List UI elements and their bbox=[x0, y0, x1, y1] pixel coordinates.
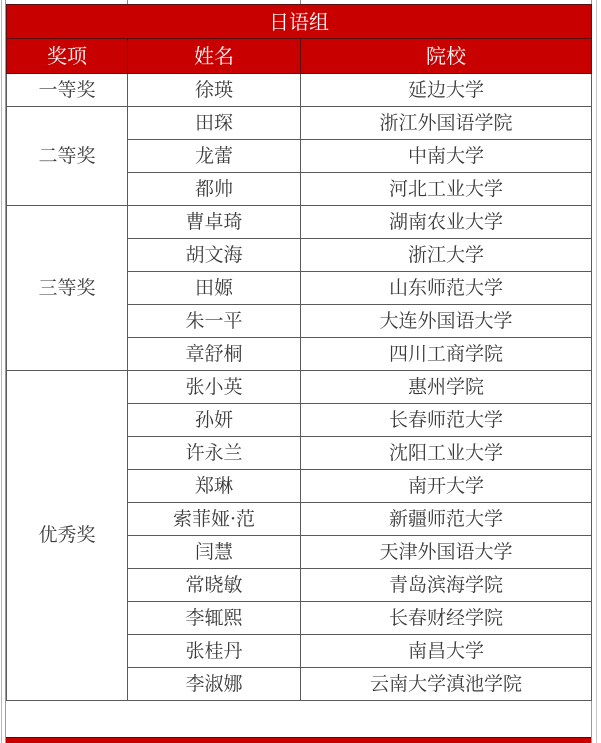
school-cell: 浙江大学 bbox=[301, 239, 592, 272]
name-cell: 闫慧 bbox=[128, 536, 301, 569]
name-cell: 徐瑛 bbox=[128, 74, 301, 107]
column-header-name: 姓名 bbox=[128, 39, 301, 74]
column-header-school: 院校 bbox=[301, 39, 592, 74]
school-cell: 南昌大学 bbox=[301, 635, 592, 668]
school-cell: 青岛滨海学院 bbox=[301, 569, 592, 602]
name-cell: 孙妍 bbox=[128, 404, 301, 437]
award-cell-first-prize: 一等奖 bbox=[7, 74, 128, 107]
next-section-header-edge bbox=[6, 737, 591, 743]
school-cell: 惠州学院 bbox=[301, 371, 592, 404]
award-cell-excellence-prize: 优秀奖 bbox=[7, 371, 128, 701]
frame-border-right-outer bbox=[596, 0, 597, 743]
school-cell: 长春师范大学 bbox=[301, 404, 592, 437]
table-row: 一等奖 徐瑛 延边大学 bbox=[7, 74, 592, 107]
frame-border-left-outer bbox=[1, 0, 2, 743]
school-cell: 大连外国语大学 bbox=[301, 305, 592, 338]
column-header-award: 奖项 bbox=[7, 39, 128, 74]
name-cell: 索菲娅·范 bbox=[128, 503, 301, 536]
school-cell: 山东师范大学 bbox=[301, 272, 592, 305]
school-cell: 浙江外国语学院 bbox=[301, 107, 592, 140]
school-cell: 云南大学滇池学院 bbox=[301, 668, 592, 701]
name-cell: 李淑娜 bbox=[128, 668, 301, 701]
award-cell-third-prize: 三等奖 bbox=[7, 206, 128, 371]
school-cell: 新疆师范大学 bbox=[301, 503, 592, 536]
school-cell: 天津外国语大学 bbox=[301, 536, 592, 569]
name-cell: 胡文海 bbox=[128, 239, 301, 272]
name-cell: 朱一平 bbox=[128, 305, 301, 338]
school-cell: 河北工业大学 bbox=[301, 173, 592, 206]
name-cell: 田琛 bbox=[128, 107, 301, 140]
name-cell: 龙蕾 bbox=[128, 140, 301, 173]
name-cell: 曹卓琦 bbox=[128, 206, 301, 239]
name-cell: 田嫄 bbox=[128, 272, 301, 305]
table-row: 二等奖 田琛 浙江外国语学院 bbox=[7, 107, 592, 140]
table-title-row: 日语组 bbox=[7, 5, 592, 39]
school-cell: 南开大学 bbox=[301, 470, 592, 503]
table-row: 三等奖 曹卓琦 湖南农业大学 bbox=[7, 206, 592, 239]
school-cell: 四川工商学院 bbox=[301, 338, 592, 371]
table-title: 日语组 bbox=[7, 5, 592, 39]
name-cell: 常晓敏 bbox=[128, 569, 301, 602]
name-cell: 张桂丹 bbox=[128, 635, 301, 668]
school-cell: 湖南农业大学 bbox=[301, 206, 592, 239]
award-cell-second-prize: 二等奖 bbox=[7, 107, 128, 206]
name-cell: 李辄熙 bbox=[128, 602, 301, 635]
table-row: 优秀奖 张小英 惠州学院 bbox=[7, 371, 592, 404]
school-cell: 长春财经学院 bbox=[301, 602, 592, 635]
name-cell: 章舒桐 bbox=[128, 338, 301, 371]
name-cell: 郑琳 bbox=[128, 470, 301, 503]
name-cell: 都帅 bbox=[128, 173, 301, 206]
award-table: 日语组 奖项 姓名 院校 一等奖 徐瑛 延边大学 二等奖 田琛 浙江外国语学院 … bbox=[6, 4, 592, 701]
school-cell: 沈阳工业大学 bbox=[301, 437, 592, 470]
name-cell: 许永兰 bbox=[128, 437, 301, 470]
school-cell: 延边大学 bbox=[301, 74, 592, 107]
table-header-row: 奖项 姓名 院校 bbox=[7, 39, 592, 74]
school-cell: 中南大学 bbox=[301, 140, 592, 173]
name-cell: 张小英 bbox=[128, 371, 301, 404]
